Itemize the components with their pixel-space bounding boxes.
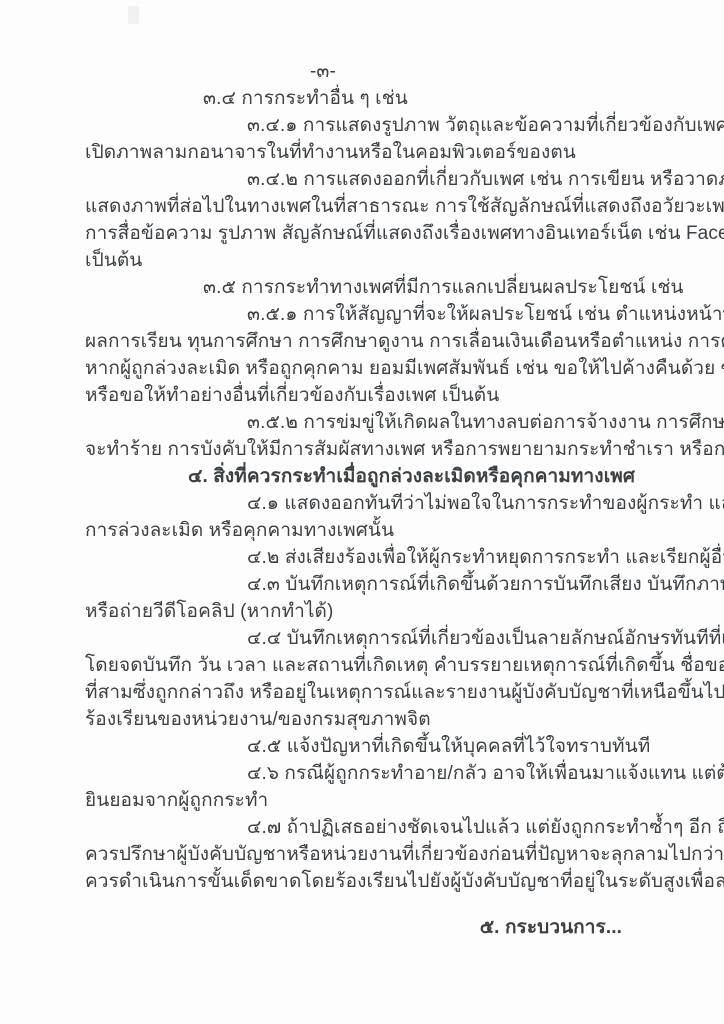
text-line: โดยจดบันทึก วัน เวลา และสถานที่เกิดเหตุ … [85,652,644,679]
page-number: -๓- [85,58,644,85]
text-line: ๓.๔.๑ การแสดงรูปภาพ วัตถุและข้อความที่เก… [85,112,644,139]
text-line: หรือขอให้ทำอย่างอื่นที่เกี่ยวข้องกับเรื่… [85,382,644,409]
text-line: เปิดภาพลามกอนาจารในที่ทำงานหรือในคอมพิวเ… [85,139,644,166]
text-line: ๔.๖ กรณีผู้ถูกกระทำอาย/กลัว อาจให้เพื่อน… [85,760,644,787]
text-line: เป็นต้น [85,247,644,274]
text-line: หรือถ่ายวีดีโอคลิป (หากทำได้) [85,598,644,625]
text-line: ยินยอมจากผู้ถูกกระทำ [85,787,644,814]
scan-artifact [128,6,139,24]
text-line: ร้องเรียนของหน่วยงาน/ของกรมสุขภาพจิต [85,706,644,733]
text-line: จะทำร้าย การบังคับให้มีการสัมผัสทางเพศ ห… [85,436,644,463]
text-line: ๓.๔ การกระทำอื่น ๆ เช่น [85,85,644,112]
text-line: ๔.๑ แสดงออกทันทีว่าไม่พอใจในการกระทำของผ… [85,490,644,517]
text-line: การสื่อข้อความ รูปภาพ สัญลักษณ์ที่แสดงถึ… [85,220,644,247]
text-line: ผลการเรียน ทุนการศึกษา การศึกษาดูงาน การ… [85,328,644,355]
text-line: ๓.๕.๑ การให้สัญญาที่จะให้ผลประโยชน์ เช่น… [85,301,644,328]
text-line: ควรปรึกษาผู้บังคับบัญชาหรือหน่วยงานที่เก… [85,841,644,868]
continuation-marker: ๕. กระบวนการ... [85,914,644,941]
text-line: หากผู้ถูกล่วงละเมิด หรือถูกคุกคาม ยอมมีเ… [85,355,644,382]
text-line: ๓.๔.๒ การแสดงออกที่เกี่ยวกับเพศ เช่น การ… [85,166,644,193]
document-body: ๓.๔ การกระทำอื่น ๆ เช่น๓.๔.๑ การแสดงรูปภ… [85,85,644,895]
text-line: ควรดำเนินการขั้นเด็ดขาดโดยร้องเรียนไปยัง… [85,868,644,895]
text-line: การล่วงละเมิด หรือคุกคามทางเพศนั้น [85,517,644,544]
text-line: ๔.๒ ส่งเสียงร้องเพื่อให้ผู้กระทำหยุดการก… [85,544,644,571]
text-line: ๔.๓ บันทึกเหตุการณ์ที่เกิดขึ้นด้วยการบัน… [85,571,644,598]
text-line: ที่สามซึ่งถูกกล่าวถึง หรืออยู่ในเหตุการณ… [85,679,644,706]
page-content: -๓- ๓.๔ การกระทำอื่น ๆ เช่น๓.๔.๑ การแสดง… [85,58,644,941]
text-line: แสดงภาพที่ส่อไปในทางเพศในที่สาธารณะ การใ… [85,193,644,220]
text-line: ๔. สิ่งที่ควรกระทำเมื่อถูกล่วงละเมิดหรือ… [85,463,644,490]
text-line: ๔.๕ แจ้งปัญหาที่เกิดขึ้นให้บุคคลที่ไว้ใจ… [85,733,644,760]
text-line: ๓.๕ การกระทำทางเพศที่มีการแลกเปลี่ยนผลปร… [85,274,644,301]
text-line: ๓.๕.๒ การข่มขู่ให้เกิดผลในทางลบต่อการจ้า… [85,409,644,436]
document-page: -๓- ๓.๔ การกระทำอื่น ๆ เช่น๓.๔.๑ การแสดง… [0,0,724,1024]
text-line: ๔.๗ ถ้าปฏิเสธอย่างชัดเจนไปแล้ว แต่ยังถูก… [85,814,644,841]
text-line: ๔.๔ บันทึกเหตุการณ์ที่เกี่ยวข้องเป็นลายล… [85,625,644,652]
